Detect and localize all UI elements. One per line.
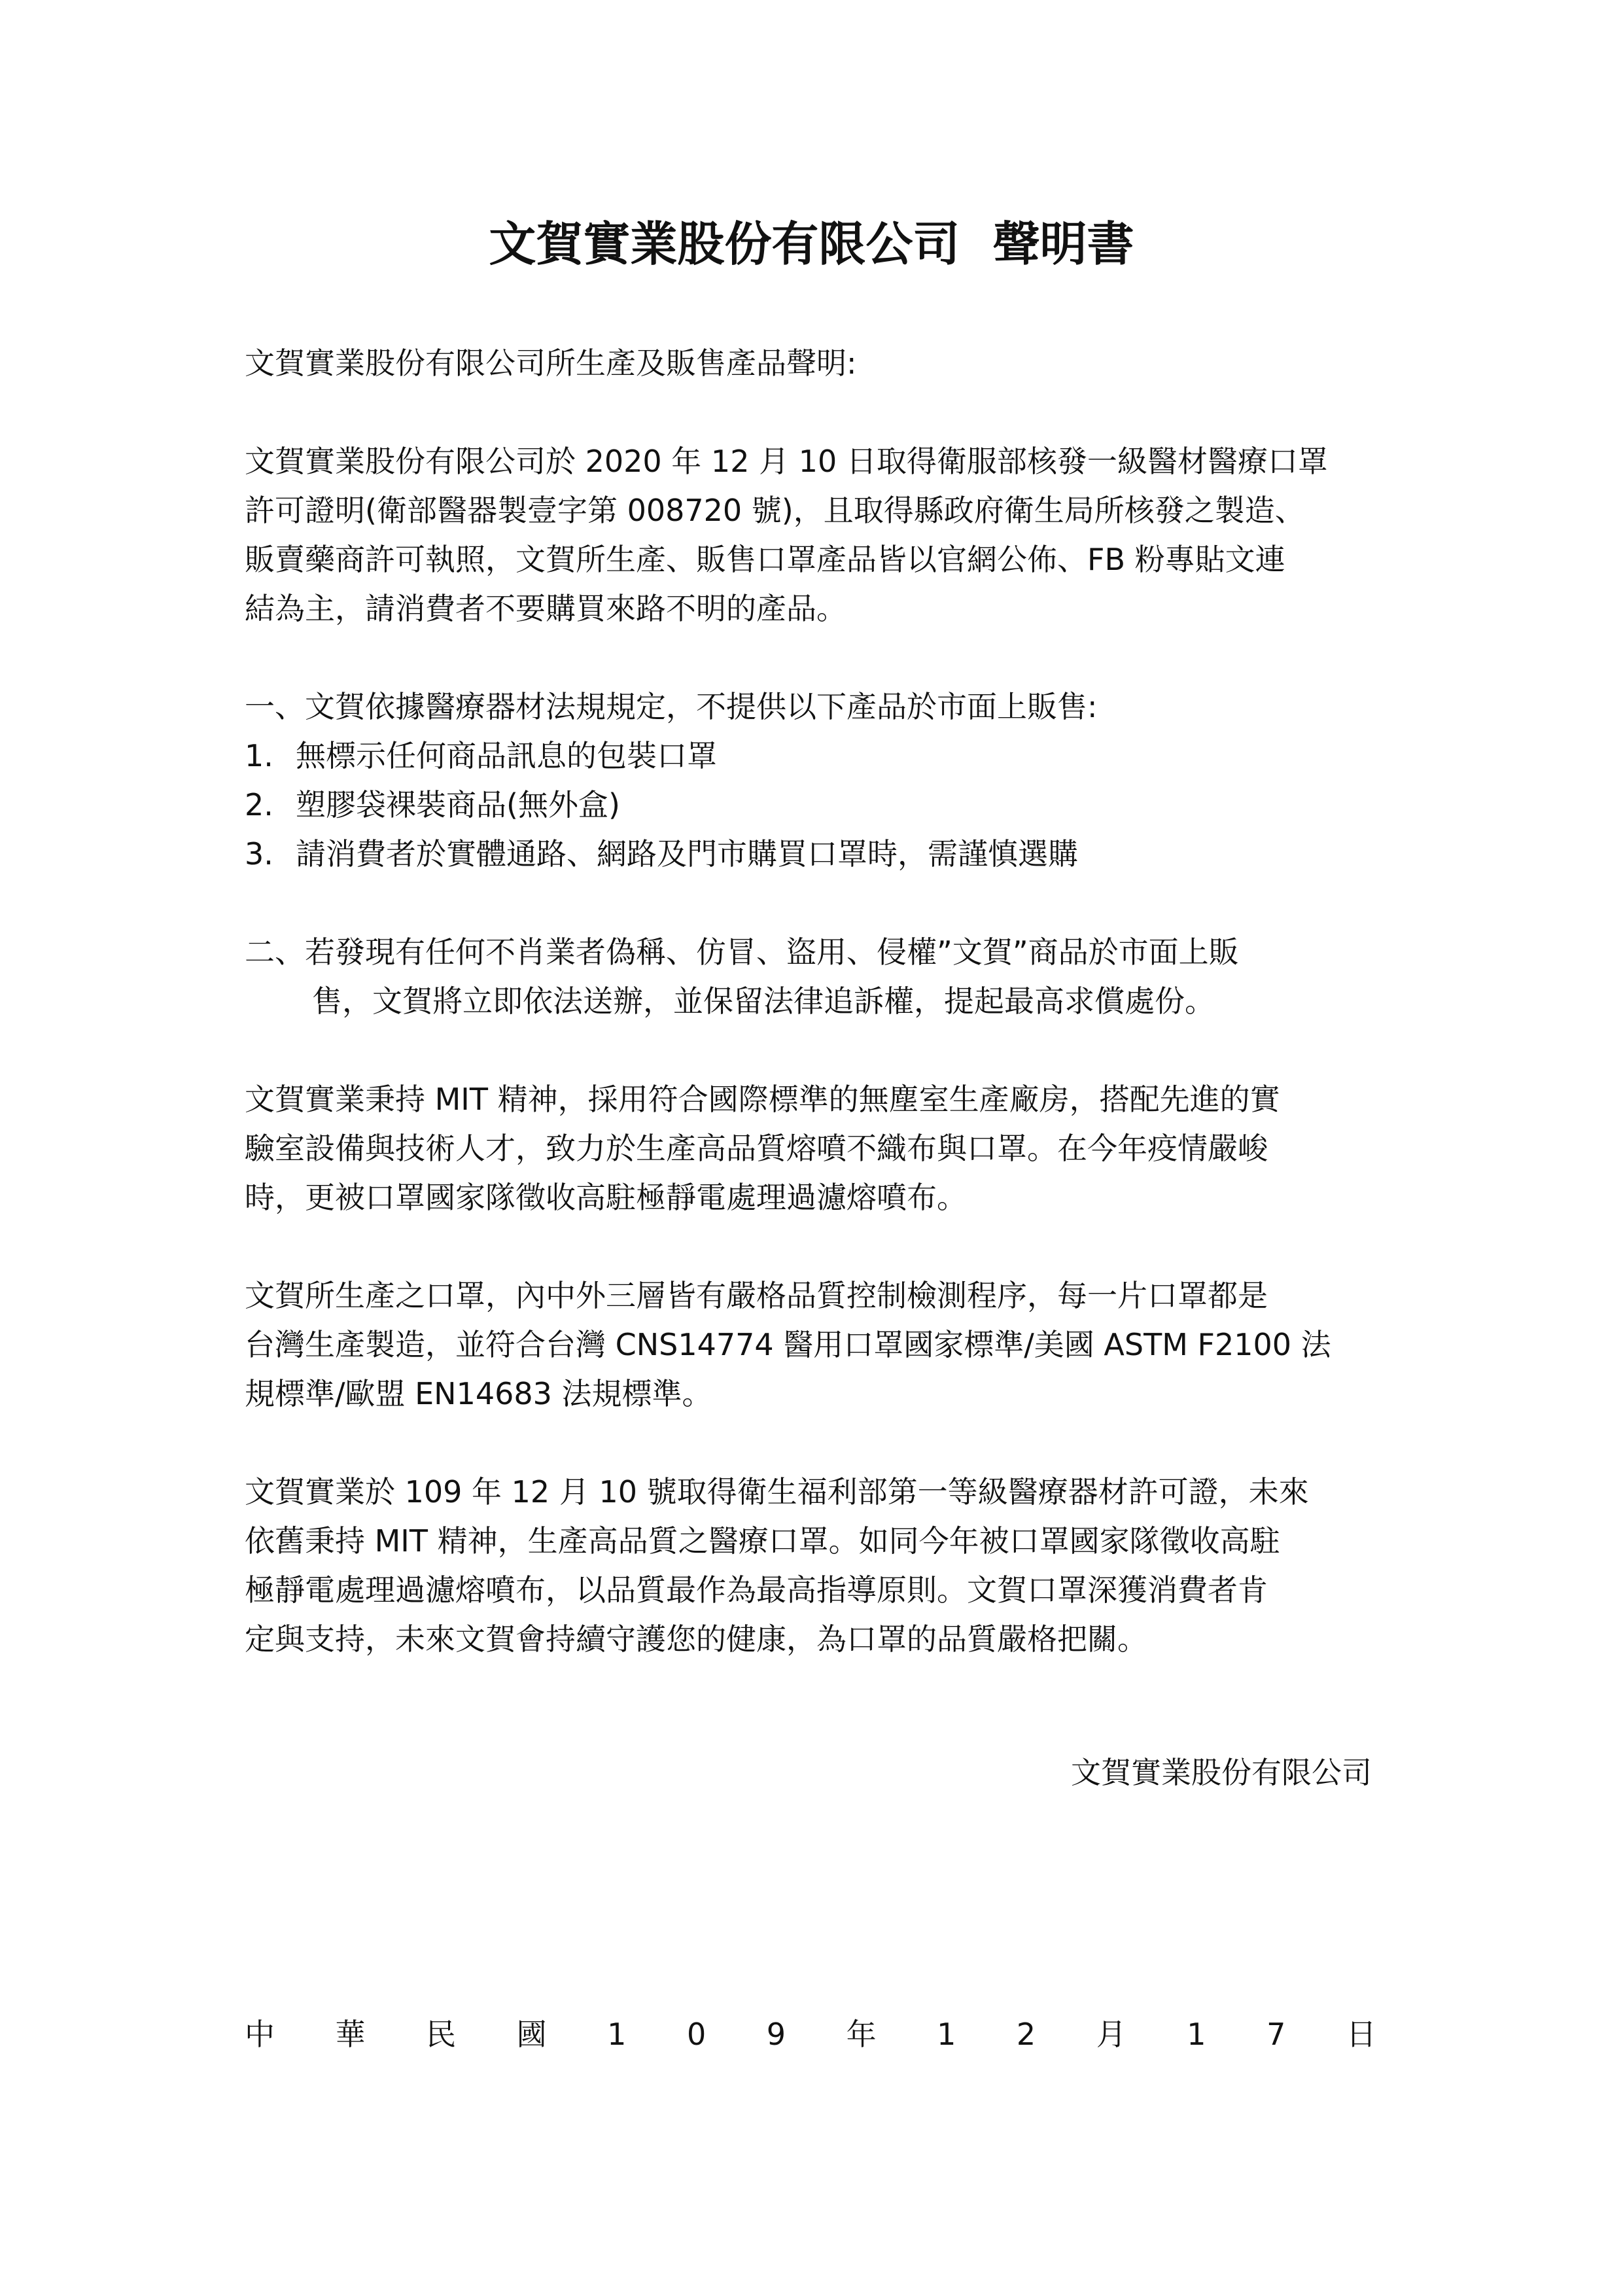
paragraph-certification: 文賀實業股份有限公司於 2020 年 12 月 10 日取得衛服部核發一級醫材醫…: [245, 437, 1376, 633]
document-title: 文賀實業股份有限公司 聲明書: [0, 208, 1623, 280]
section-two: 二、若發現有任何不肖業者偽稱、仿冒、盜用、侵權”文賀”商品於市面上販 售，文賀將…: [245, 928, 1376, 1026]
date-char: 中: [245, 2010, 275, 2059]
intro-line: 文賀實業股份有限公司所生產及販售產品聲明:: [245, 339, 1376, 388]
date-char: 9: [767, 2010, 786, 2059]
paragraph-line: 文賀實業秉持 MIT 精神，採用符合國際標準的無塵室生產廠房，搭配先進的實: [245, 1075, 1376, 1124]
list-number: 2.: [245, 781, 296, 830]
date-char: 1: [1187, 2010, 1206, 2059]
paragraph-line: 台灣生產製造，並符合台灣 CNS14774 醫用口罩國家標準/美國 ASTM F…: [245, 1320, 1376, 1369]
paragraph-quality: 文賀所生產之口罩，內中外三層皆有嚴格品質控制檢測程序，每一片口罩都是 台灣生產製…: [245, 1271, 1376, 1419]
document-page: 文賀實業股份有限公司 聲明書 文賀實業股份有限公司所生產及販售產品聲明: 文賀實…: [0, 0, 1623, 2296]
paragraph-line: 許可證明(衛部醫器製壹字第 008720 號)，且取得縣政府衛生局所核發之製造、: [245, 486, 1376, 535]
list-item: 3.請消費者於實體通路、網路及門市購買口罩時，需謹慎選購: [245, 830, 1376, 879]
paragraph-line: 依舊秉持 MIT 精神，生產高品質之醫療口罩。如同今年被口罩國家隊徵收高駐: [245, 1517, 1376, 1566]
date-char: 月: [1096, 2010, 1126, 2059]
list-text: 無標示任何商品訊息的包裝口罩: [296, 738, 717, 773]
list-number: 1.: [245, 732, 296, 781]
date-char: 2: [1017, 2010, 1036, 2059]
paragraph-mit: 文賀實業秉持 MIT 精神，採用符合國際標準的無塵室生產廠房，搭配先進的實 驗室…: [245, 1075, 1376, 1222]
date-char: 0: [687, 2010, 706, 2059]
date-char: 年: [846, 2010, 877, 2059]
date-char: 國: [517, 2010, 547, 2059]
section-two-line: 二、若發現有任何不肖業者偽稱、仿冒、盜用、侵權”文賀”商品於市面上販: [245, 928, 1376, 977]
paragraph-line: 販賣藥商許可執照，文賀所生產、販售口罩產品皆以官網公佈、FB 粉專貼文連: [245, 535, 1376, 584]
list-item: 2.塑膠袋裸裝商品(無外盒): [245, 781, 1376, 830]
paragraph-line: 文賀實業於 109 年 12 月 10 號取得衛生福利部第一等級醫療器材許可證，…: [245, 1468, 1376, 1517]
list-text: 塑膠袋裸裝商品(無外盒): [296, 787, 620, 822]
section-one-heading: 一、文賀依據醫療器材法規規定，不提供以下產品於市面上販售:: [245, 682, 1376, 732]
date-char: 民: [426, 2010, 456, 2059]
company-signature: 文賀實業股份有限公司: [1071, 1748, 1372, 1797]
paragraph-line: 極靜電處理過濾熔噴布，以品質最作為最高指導原則。文賀口罩深獲消費者肯: [245, 1566, 1376, 1615]
paragraph-line: 文賀所生產之口罩，內中外三層皆有嚴格品質控制檢測程序，每一片口罩都是: [245, 1271, 1376, 1320]
date-char: 1: [937, 2010, 956, 2059]
list-item: 1.無標示任何商品訊息的包裝口罩: [245, 732, 1376, 781]
date-char: 1: [607, 2010, 626, 2059]
paragraph-line: 規標準/歐盟 EN14683 法規標準。: [245, 1369, 1376, 1419]
paragraph-line: 文賀實業股份有限公司於 2020 年 12 月 10 日取得衛服部核發一級醫材醫…: [245, 437, 1376, 486]
list-text: 請消費者於實體通路、網路及門市購買口罩時，需謹慎選購: [296, 836, 1078, 872]
paragraph-line: 驗室設備與技術人才，致力於生產高品質熔噴不織布與口罩。在今年疫情嚴峻: [245, 1124, 1376, 1173]
date-line: 中 華 民 國 1 0 9 年 1 2 月 1 7 日: [245, 2010, 1376, 2059]
paragraph-license: 文賀實業於 109 年 12 月 10 號取得衛生福利部第一等級醫療器材許可證，…: [245, 1468, 1376, 1664]
date-char: 華: [336, 2010, 366, 2059]
section-one: 一、文賀依據醫療器材法規規定，不提供以下產品於市面上販售: 1.無標示任何商品訊…: [245, 682, 1376, 879]
intro-paragraph: 文賀實業股份有限公司所生產及販售產品聲明:: [245, 339, 1376, 388]
paragraph-line: 時，更被口罩國家隊徵收高駐極靜電處理過濾熔噴布。: [245, 1173, 1376, 1222]
paragraph-line: 結為主，請消費者不要購買來路不明的產品。: [245, 584, 1376, 633]
paragraph-line: 定與支持，未來文賀會持續守護您的健康，為口罩的品質嚴格把關。: [245, 1615, 1376, 1664]
section-two-line: 售，文賀將立即依法送辦，並保留法律追訴權，提起最高求償處份。: [245, 977, 1376, 1026]
list-number: 3.: [245, 830, 296, 879]
date-char: 日: [1346, 2010, 1376, 2059]
date-char: 7: [1266, 2010, 1285, 2059]
